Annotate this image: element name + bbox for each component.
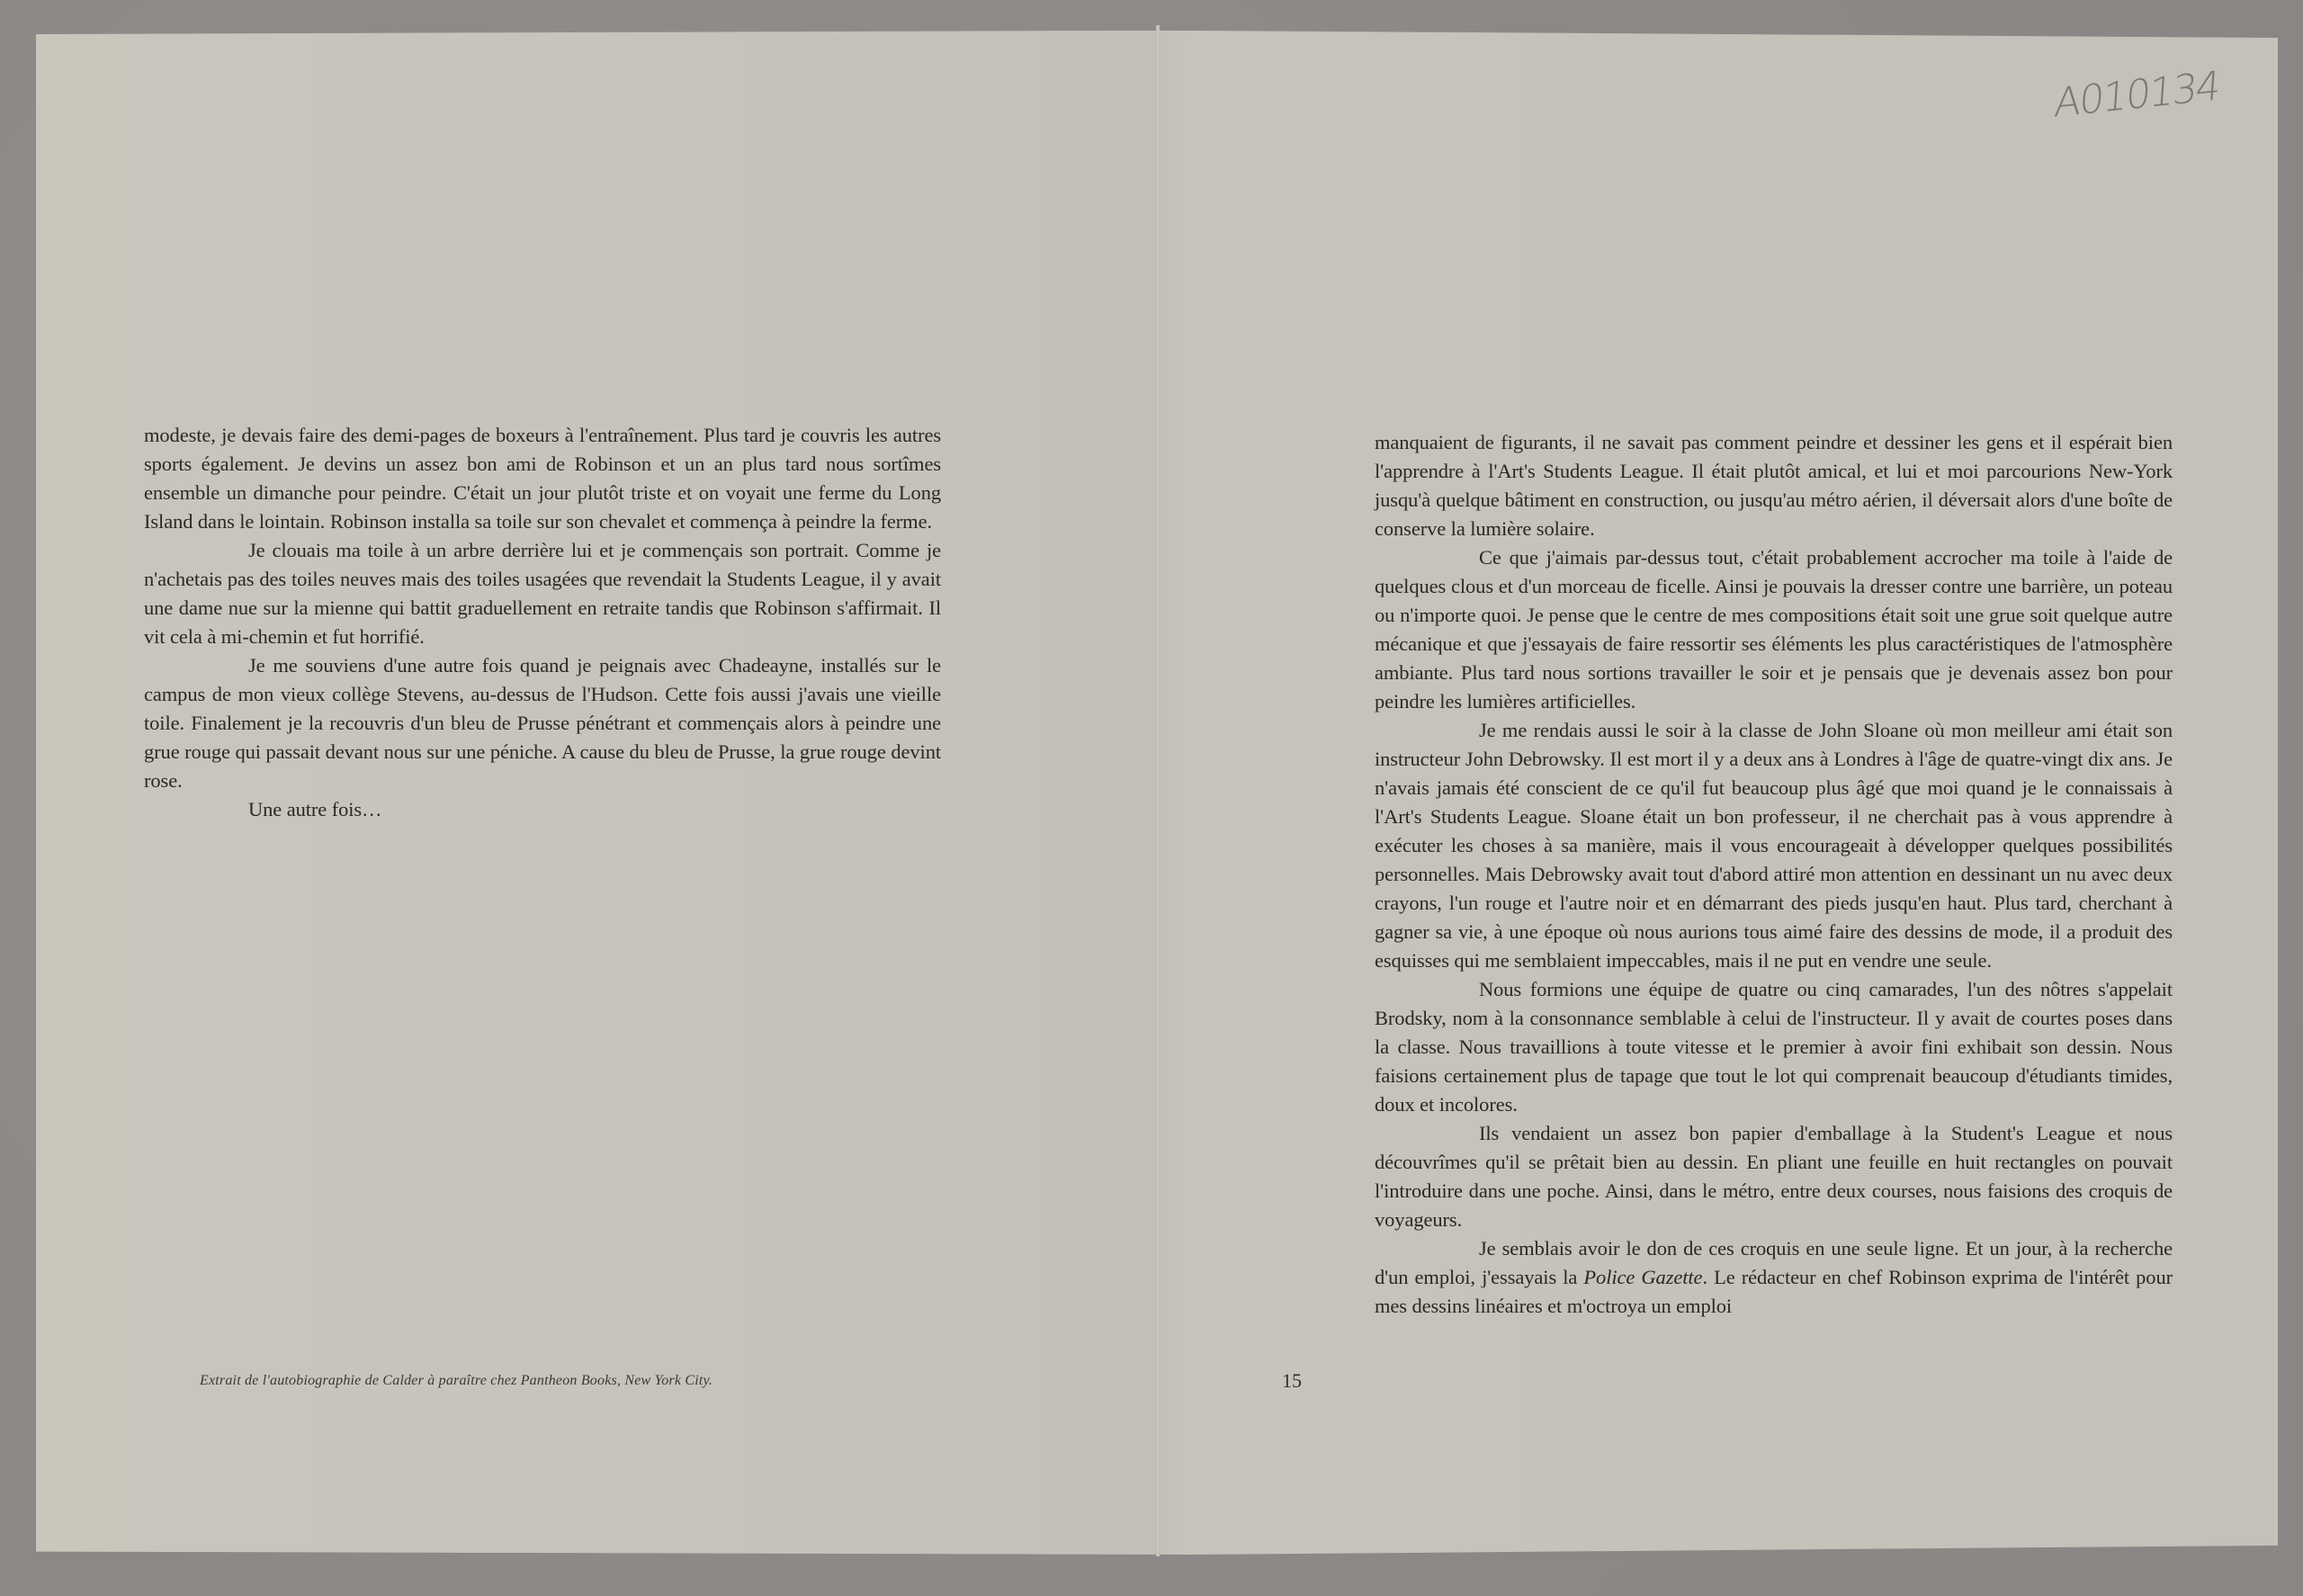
paragraph: Je clouais ma toile à un arbre derrière … [144, 536, 941, 651]
paragraph: modeste, je devais faire des demi-pages … [144, 421, 941, 536]
paragraph: Ce que j'aimais par-dessus tout, c'était… [1375, 543, 2173, 716]
book-fold [1156, 25, 1160, 1556]
paragraph: Ils vendaient un assez bon papier d'emba… [1375, 1119, 2173, 1234]
paragraph: manquaient de figurants, il ne savait pa… [1375, 428, 2173, 543]
paragraph: Je me souviens d'une autre fois quand je… [144, 651, 941, 795]
page-number: 15 [1282, 1369, 1302, 1393]
italic-title: Police Gazette [1583, 1266, 1702, 1288]
paragraph: Je me rendais aussi le soir à la classe … [1375, 716, 2173, 975]
paragraph: Une autre fois… [144, 795, 941, 824]
paragraph: Nous formions une équipe de quatre ou ci… [1375, 975, 2173, 1119]
left-page-text: modeste, je devais faire des demi-pages … [144, 421, 941, 824]
paragraph-last: Je semblais avoir le don de ces croquis … [1375, 1234, 2173, 1321]
right-page-text: manquaient de figurants, il ne savait pa… [1375, 428, 2173, 1321]
footnote: Extrait de l'autobiographie de Calder à … [200, 1373, 712, 1389]
